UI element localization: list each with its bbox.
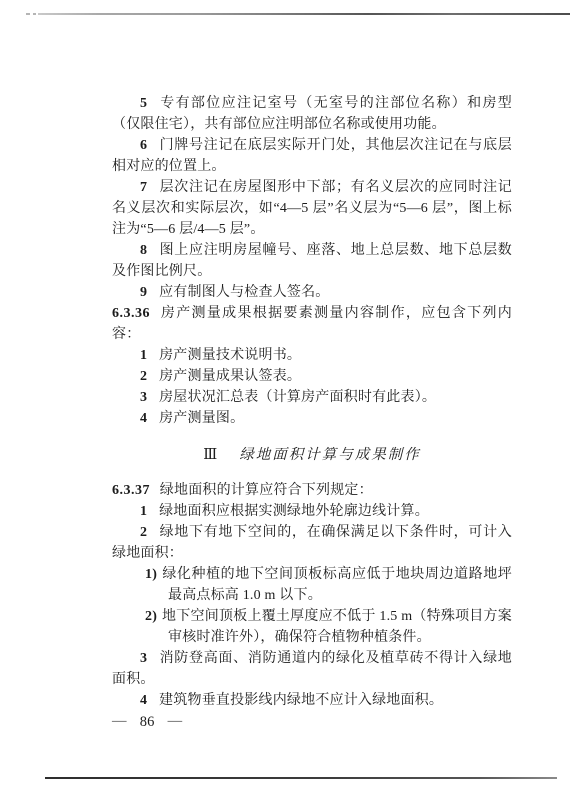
item-text: 房产测量图。 xyxy=(159,411,244,426)
item-text: 专有部位应注记室号（无室号的注部位名称）和房型（仅限住宅），共有部位应注明部位名… xyxy=(112,96,512,132)
sub-clause-item: 1)绿化种植的地下空间顶板标高应低于地块周边道路地坪最高点标高 1.0 m 以下… xyxy=(112,564,512,606)
item-text: 应有制图人与检查人签名。 xyxy=(159,285,329,300)
item-number: 4 xyxy=(140,693,147,708)
subitem-label: 1) xyxy=(145,567,157,582)
item-number: 3 xyxy=(140,390,147,405)
clause-text: 房产测量成果根据要素测量内容制作，应包含下列内容： xyxy=(112,306,512,342)
clause-item: 1绿地面积应根据实测绿地外轮廓边线计算。 xyxy=(112,501,512,522)
item-number: 7 xyxy=(140,180,147,195)
clause-item: 7层次注记在房屋图形中下部；有名义层次的应同时注记名义层次和实际层次，如“4—5… xyxy=(112,177,512,240)
page-number-value: 86 xyxy=(140,712,155,733)
item-number: 2 xyxy=(140,525,147,540)
section-numeral: Ⅲ xyxy=(203,447,217,463)
item-number: 5 xyxy=(140,96,147,111)
clause-item: 9应有制图人与检查人签名。 xyxy=(112,282,512,303)
scan-artifact-bottom-line xyxy=(45,777,557,779)
subitem-label: 2) xyxy=(145,609,157,624)
subitem-text: 地下空间顶板上覆土厚度应不低于 1.5 m（特殊项目方案审核时准许外），确保符合… xyxy=(162,609,512,645)
item-number: 3 xyxy=(140,651,147,666)
item-number: 8 xyxy=(140,243,147,258)
clause-item: 3消防登高面、消防通道内的绿化及植草砖不得计入绿地面积。 xyxy=(112,648,512,690)
item-text: 绿地面积应根据实测绿地外轮廓边线计算。 xyxy=(159,504,429,519)
page-number: — 86 — xyxy=(112,712,512,733)
clause-item: 2房产测量成果认签表。 xyxy=(112,366,512,387)
item-text: 消防登高面、消防通道内的绿化及植草砖不得计入绿地面积。 xyxy=(112,651,512,687)
item-text: 建筑物垂直投影线内绿地不应计入绿地面积。 xyxy=(159,693,443,708)
item-number: 2 xyxy=(140,369,147,384)
clause-item: 5专有部位应注记室号（无室号的注部位名称）和房型（仅限住宅），共有部位应注明部位… xyxy=(112,93,512,135)
section-heading: Ⅲ绿地面积计算与成果制作 xyxy=(112,445,512,466)
item-text: 房屋状况汇总表（计算房产面积时有此表）。 xyxy=(159,390,436,405)
clause-item: 2绿地下有地下空间的，在确保满足以下条件时，可计入绿地面积： xyxy=(112,522,512,564)
page-number-dash: — xyxy=(112,711,127,732)
subitem-text: 绿化种植的地下空间顶板标高应低于地块周边道路地坪最高点标高 1.0 m 以下。 xyxy=(162,567,512,603)
clause-item: 6门牌号注记在底层实际开门处，其他层次注记在与底层相对应的位置上。 xyxy=(112,135,512,177)
clause-text: 绿地面积的计算应符合下列规定： xyxy=(160,483,373,498)
clause-number: 6.3.36 xyxy=(112,306,150,321)
clause-item: 1房产测量技术说明书。 xyxy=(112,345,512,366)
clause-item: 8图上应注明房屋幢号、座落、地上总层数、地下总层数及作图比例尺。 xyxy=(112,240,512,282)
item-number: 6 xyxy=(140,138,147,153)
document-page: 5专有部位应注记室号（无室号的注部位名称）和房型（仅限住宅），共有部位应注明部位… xyxy=(112,93,512,733)
clause-item: 4建筑物垂直投影线内绿地不应计入绿地面积。 xyxy=(112,690,512,711)
item-text: 房产测量成果认签表。 xyxy=(159,369,301,384)
clause-item: 4房产测量图。 xyxy=(112,408,512,429)
clause-item: 3房屋状况汇总表（计算房产面积时有此表）。 xyxy=(112,387,512,408)
item-text: 图上应注明房屋幢号、座落、地上总层数、地下总层数及作图比例尺。 xyxy=(112,243,512,279)
clause-6-3-37: 6.3.37绿地面积的计算应符合下列规定： xyxy=(112,480,512,501)
scan-artifact-top-line xyxy=(38,13,570,15)
item-number: 4 xyxy=(140,411,147,426)
page-number-dash: — xyxy=(168,711,183,732)
section-title: 绿地面积计算与成果制作 xyxy=(239,447,421,463)
clause-number: 6.3.37 xyxy=(112,483,150,498)
item-text: 房产测量技术说明书。 xyxy=(159,348,301,363)
item-number: 9 xyxy=(140,285,147,300)
scan-speck xyxy=(33,13,36,15)
item-number: 1 xyxy=(140,504,147,519)
sub-clause-item: 2)地下空间顶板上覆土厚度应不低于 1.5 m（特殊项目方案审核时准许外），确保… xyxy=(112,606,512,648)
clause-6-3-36: 6.3.36房产测量成果根据要素测量内容制作，应包含下列内容： xyxy=(112,303,512,345)
item-text: 绿地下有地下空间的，在确保满足以下条件时，可计入绿地面积： xyxy=(112,525,512,561)
item-text: 门牌号注记在底层实际开门处，其他层次注记在与底层相对应的位置上。 xyxy=(112,138,512,174)
scan-speck xyxy=(26,13,30,15)
item-number: 1 xyxy=(140,348,147,363)
item-text: 层次注记在房屋图形中下部；有名义层次的应同时注记名义层次和实际层次，如“4—5 … xyxy=(112,180,512,237)
